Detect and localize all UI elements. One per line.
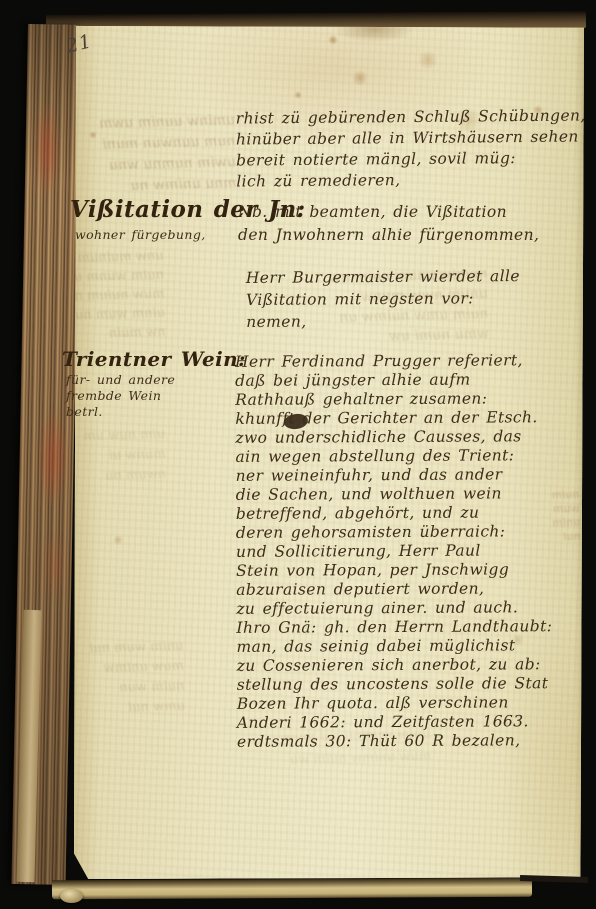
paragraph-top: rhist zü gebürenden Schluß Schübungen, h… [236,105,587,192]
bleedthrough-line: umw nui [91,697,186,719]
text-line: und Sollicitierung, Herr Paul [236,541,552,562]
bleedthrough-block: uim nuw um munw ui nwum nu [83,425,166,487]
bleedthrough-line: wum [552,502,580,517]
bleedthrough-line: mnu unimw nu [101,173,237,198]
text-line: Rathhauß gehaltner zusamen: [235,389,551,410]
margin-heading-trientner-wein: Trientner Wein: [62,347,246,371]
text-line: deren gehorsamisten überraich: [236,522,552,543]
text-line: Anderi 1662: und Zeitfasten 1663. [237,712,553,733]
bleedthrough-block: nuim wum unim nui [551,488,581,545]
bleedthrough-line: uim nuw um [83,425,165,447]
bleedthrough-line: nw muin [63,323,166,345]
text-line: ain wegen abstellung des Trient: [235,446,551,467]
text-line: Herr Burgermaister wierdet alle [246,265,520,289]
text-line: für- und andere [66,372,175,388]
text-line: erdtsmals 30: Thüt 60 R bezalen, [237,731,553,752]
bleedthrough-line: unim wum nui [89,637,184,659]
margin-subheading-visitation: wohner fürgebung, [75,227,206,242]
text-line: bereit notierte mängl, sovil müg: [236,147,586,171]
red-edge-streak [37,408,69,508]
bleedthrough-line: muw unimw [89,657,184,679]
text-line: Ihro Gnä: gh. den Herrn Landthaubt: [236,617,552,638]
paragraph-visitation-resolution: Herr Burgermaister wierdet alle Vißitati… [246,265,521,333]
bleedthrough-block: uminw uunim uwm num uunwun muni uwim num… [99,110,237,198]
text-line: lich zü remedieren, [236,168,586,192]
manuscript-photo: uminw uunim uwm num uunwun muni uwim num… [0,0,596,909]
text-line: zwo underschidliche Causses, das [235,427,551,448]
text-line: Nb. mit beamten, die Vißitation [238,201,539,224]
clasp-button [60,889,83,903]
bleedthrough-line: nwum nu [84,465,166,487]
bleedthrough-line: nuim wun [90,677,185,699]
text-line: ner weineinfuhr, und das ander [236,465,552,486]
red-edge-streak [42,530,68,600]
text-line: den Jnwohnern alhie fürgenommen, [238,224,539,247]
text-line: betrl. [66,404,175,420]
bleedthrough-block: unim wum nui muw unimw nuim wun umw nui [89,637,185,719]
text-line: Herr Ferdinand Prugger referiert, [235,351,551,372]
red-edge-streak [34,100,60,200]
book-bottom-edge [52,878,532,900]
paragraph-trientner-wein-body: Herr Ferdinand Prugger referiert, daß be… [235,351,553,752]
text-line: Stein von Hopan, per Jnschwigg [236,560,552,581]
text-line: khunfft der Gerichter an der Etsch. [235,408,551,429]
text-line: Vißitation mit negsten vor: [246,287,520,311]
text-line: hinüber aber alle in Wirtshäusern sehen [236,126,586,150]
bleedthrough-line: nui [552,530,580,545]
bleedthrough-block: unw muinum nuim wunm uin muw nuium nw ui… [61,247,166,345]
text-line: frembde Wein [66,388,175,404]
text-line: betreffend, abgehört, und zu [236,503,552,524]
text-line: zu effectuierung ainer. und auch. [236,598,552,619]
text-line: zu Cossenieren sich anerbot, zu ab: [237,655,553,676]
text-line: stellung des uncostens solle die Stat [237,674,553,695]
bleedthrough-line: nuim [551,488,579,503]
text-line: rhist zü gebürenden Schluß Schübungen, [236,105,586,129]
margin-subheading-trientner-wein: für- und andere frembde Wein betrl. [66,372,175,420]
text-line: nemen, [246,309,520,333]
bleedthrough-line: munw ui [84,445,166,467]
text-line: die Sachen, und wolthuen wein [236,484,552,505]
text-line: abzuraisen deputiert worden, [236,579,552,600]
text-line: man, das seinig dabei müglichist [236,636,552,657]
text-line: Bozen Ihr quota. alß verschinen [237,693,553,714]
bleedthrough-line: unim [552,516,580,531]
text-line: daß bei jüngster alhie aufm [235,370,551,391]
paragraph-visitation-body: Nb. mit beamten, die Vißitation den Jnwo… [238,201,539,247]
